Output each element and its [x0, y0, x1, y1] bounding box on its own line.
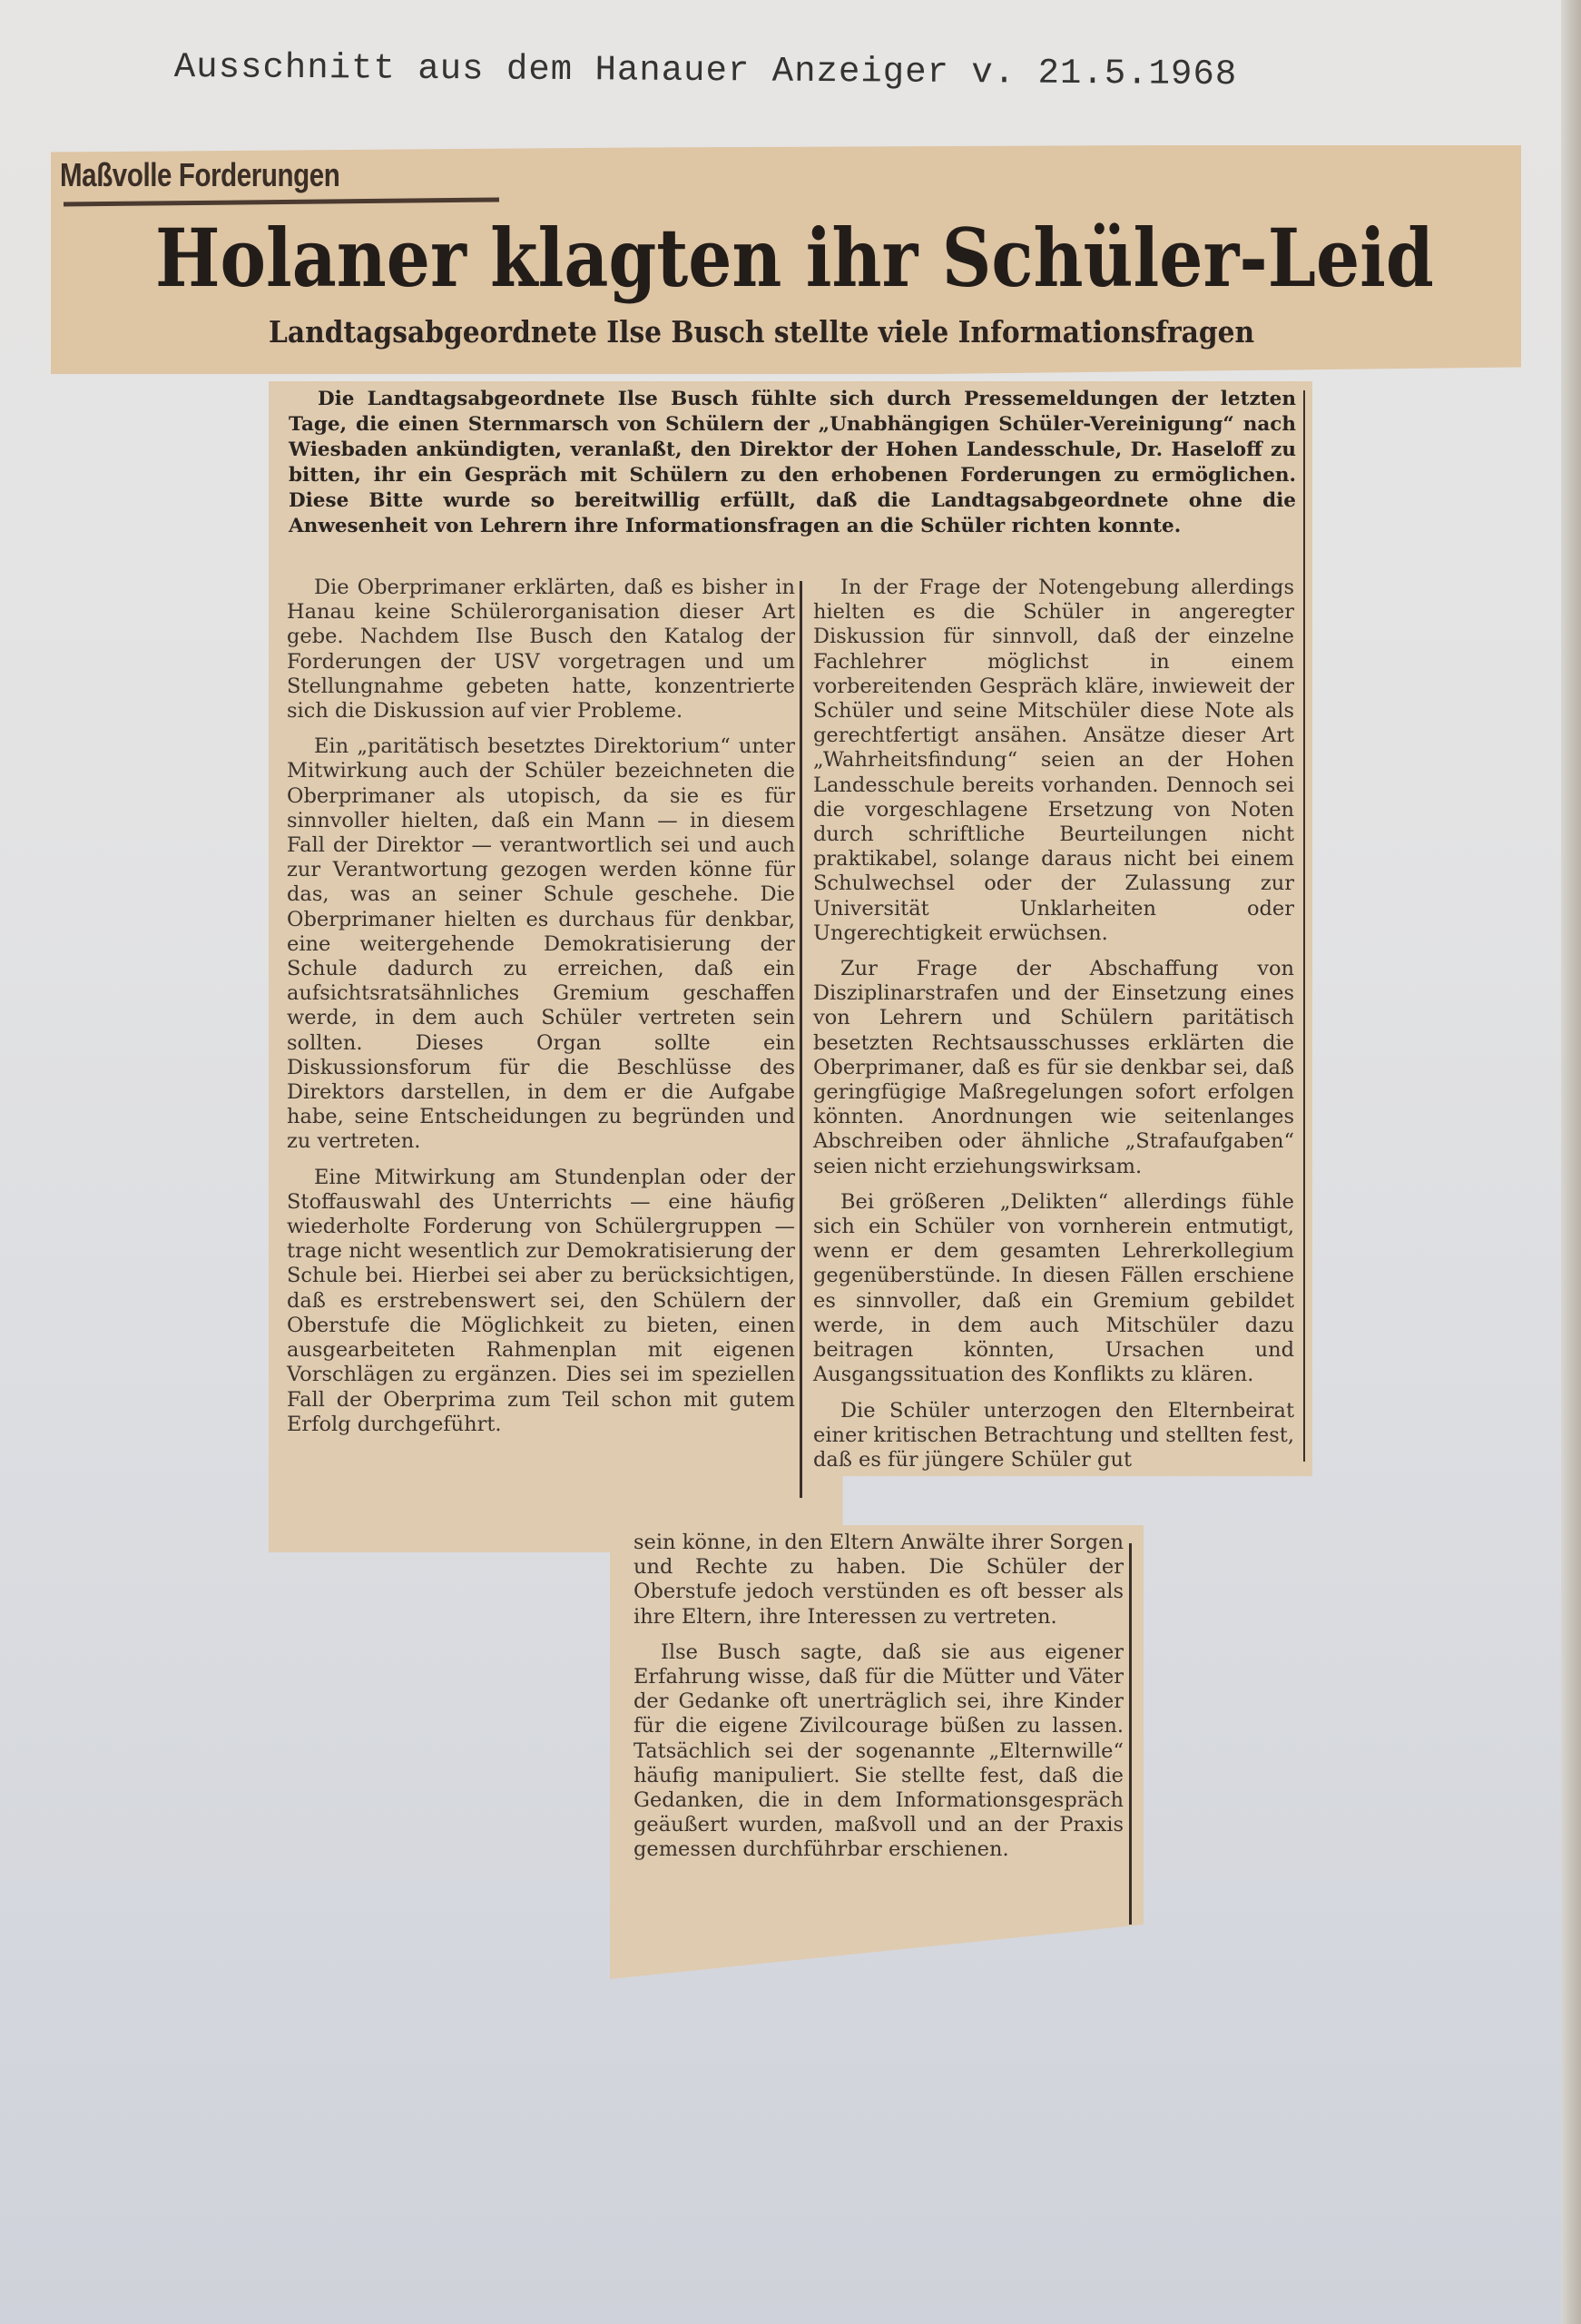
- headline: Holaner klagten ihr Schüler-Leid: [155, 211, 1434, 305]
- left-column: Die Oberprimaner erklärten, daß es bishe…: [287, 576, 795, 1448]
- continuation-clipping: sein könne, in den Eltern Anwälte ihrer …: [610, 1525, 1144, 1979]
- paragraph: Zur Frage der Abschaffung von Disziplina…: [813, 957, 1294, 1179]
- paragraph: In der Frage der Notengebung allerdings …: [813, 576, 1294, 946]
- paragraph: Ilse Busch sagte, daß sie aus eigener Er…: [633, 1640, 1124, 1863]
- paragraph: Die Oberprimaner erklärten, daß es bishe…: [287, 576, 795, 724]
- lead-paragraph: Die Landtagsabgeordnete Ilse Busch fühlt…: [289, 387, 1296, 539]
- headline-clipping: Maßvolle Forderungen Holaner klagten ihr…: [51, 145, 1521, 374]
- body-clipping: Die Landtagsabgeordnete Ilse Busch fühlt…: [269, 381, 1312, 1552]
- kicker: Maßvolle Forderungen: [60, 156, 339, 194]
- column-rule-right: [1303, 390, 1305, 1462]
- paragraph: Die Schüler unterzogen den Elternbeirat …: [813, 1399, 1294, 1473]
- tail-column: sein könne, in den Eltern Anwälte ihrer …: [633, 1531, 1124, 1874]
- column-rule: [800, 581, 802, 1498]
- paragraph: sein könne, in den Eltern Anwälte ihrer …: [633, 1531, 1124, 1630]
- right-column: In der Frage der Notengebung allerdings …: [813, 576, 1294, 1483]
- paragraph: Ein „paritätisch besetztes Direktorium“ …: [287, 734, 795, 1154]
- typed-source-caption: Ausschnitt aus dem Hanauer Anzeiger v. 2…: [174, 47, 1238, 94]
- subheadline: Landtagsabgeordnete Ilse Busch stellte v…: [269, 314, 1254, 350]
- column-rule-tail: [1129, 1543, 1132, 1925]
- paragraph: Eine Mitwirkung am Stundenplan oder der …: [287, 1166, 795, 1437]
- paragraph: Bei größeren „Delikten“ allerdings fühle…: [813, 1190, 1294, 1388]
- kicker-underline: [64, 197, 499, 206]
- binder-edge: [1561, 0, 1581, 2324]
